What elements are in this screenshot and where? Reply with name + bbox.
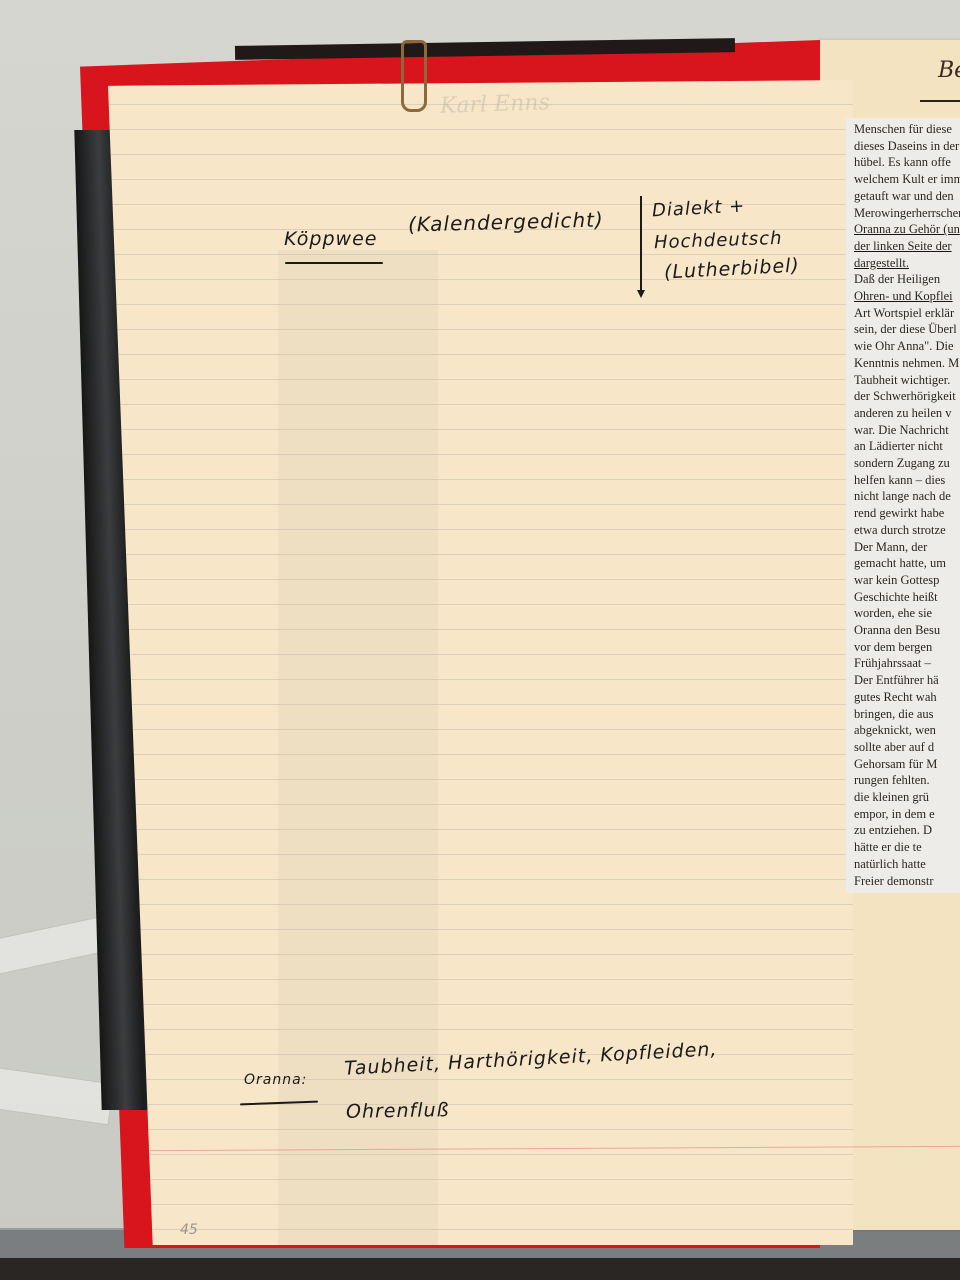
clipping-line: Der Entführer hä: [854, 673, 939, 688]
clipping-line: an Lädierter nicht: [854, 439, 943, 454]
clipping-line: sein, der diese Überl: [854, 322, 957, 337]
clipping-line: rend gewirkt habe: [854, 506, 944, 521]
clipping-line: bringen, die aus: [854, 707, 934, 722]
title-underline: [285, 262, 383, 264]
shelf-base: [0, 1258, 960, 1280]
pencil-header: Karl Enns: [440, 90, 551, 119]
clipping-line: Gehorsam für M: [854, 757, 937, 772]
clipping-line: der Schwerhörigkeit: [854, 389, 956, 404]
clipping-line: hübel. Es kann offe: [854, 155, 951, 170]
clipping-line: Geschichte heißt: [854, 590, 938, 605]
clipping-line: Kenntnis nehmen. M: [854, 356, 959, 371]
clipping-line: Daß der Heiligen: [854, 272, 940, 287]
clipping-line: anderen zu heilen v: [854, 406, 952, 421]
clipping-line: Freier demonstr: [854, 874, 934, 889]
note-subtitle: (Kalendergedicht): [408, 207, 604, 236]
clipping-line: sollte aber auf d: [854, 740, 934, 755]
clipping-line: sondern Zugang zu: [854, 456, 950, 471]
clipping-line: natürlich hatte: [854, 857, 926, 872]
clipping-line: nicht lange nach de: [854, 489, 951, 504]
clipping-line: Oranna zu Gehör (un: [854, 222, 960, 237]
clipping-line: der linken Seite der: [854, 239, 952, 254]
footer-line-2: Ohrenfluß: [346, 1099, 450, 1123]
clipping-line: dieses Daseins in der: [854, 139, 959, 154]
clipping-line: gutes Recht wah: [854, 690, 937, 705]
clipping-line: empor, in dem e: [854, 807, 935, 822]
clipping-line: Frühjahrssaat –: [854, 656, 931, 671]
clipping-line: abgeknickt, wen: [854, 723, 936, 738]
clipping-line: vor dem bergen: [854, 640, 932, 655]
clipping-line: wie Ohr Anna". Die: [854, 339, 954, 354]
clipping-line: war. Die Nachricht: [854, 423, 949, 438]
arrow-line: [640, 196, 642, 292]
pasted-clipping: Menschen für diesedieses Daseins in derh…: [846, 118, 960, 893]
clipping-line: etwa durch strotze: [854, 523, 946, 538]
clipping-line: rungen fehlten.: [854, 773, 930, 788]
clipping-line: Menschen für diese: [854, 122, 952, 137]
clipping-line: worden, ehe sie: [854, 606, 932, 621]
clipping-line: Ohren- und Kopflei: [854, 289, 953, 304]
clipping-line: war kein Gottesp: [854, 573, 939, 588]
page-number: 45: [180, 1222, 198, 1238]
clipping-line: hätte er die te: [854, 840, 922, 855]
clipping-line: gemacht hatte, um: [854, 556, 946, 571]
paperclip-icon: [401, 40, 427, 112]
clipping-line: Taubheit wichtiger.: [854, 373, 950, 388]
clipping-line: dargestellt.: [854, 256, 909, 271]
clipping-line: getauft war und den: [854, 189, 954, 204]
right-page-heading: Be: [938, 58, 960, 83]
clipping-line: welchem Kult er imm: [854, 172, 960, 187]
arrow-down-icon: [637, 290, 645, 298]
clipping-line: die kleinen grü: [854, 790, 929, 805]
clipping-line: helfen kann – dies: [854, 473, 945, 488]
note-hochdeutsch: Hochdeutsch: [654, 228, 783, 253]
clipping-line: Der Mann, der: [854, 540, 927, 555]
footer-label: Oranna:: [244, 1072, 307, 1088]
clipping-line: Merowingerherrscher: [854, 206, 960, 221]
clipping-line: Art Wortspiel erklär: [854, 306, 954, 321]
clipping-line: Oranna den Besu: [854, 623, 940, 638]
note-title: Köppwee: [284, 228, 377, 250]
clipping-line: zu entziehen. D: [854, 823, 932, 838]
heading-rule: [920, 100, 960, 102]
